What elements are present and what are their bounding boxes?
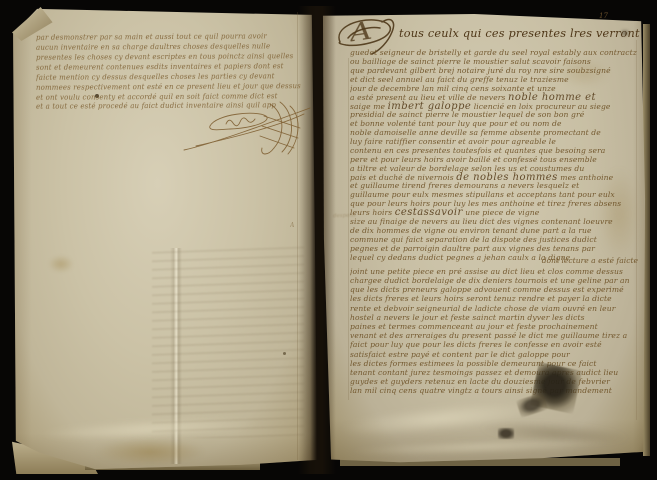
line-segment: une piece de vigne xyxy=(463,208,540,217)
line-segment: leurs hoirs xyxy=(350,208,395,217)
manuscript-line: faict pour luy que pour les dicts freres… xyxy=(350,340,638,350)
signature-paraph xyxy=(182,100,312,162)
manuscript-line: les dicts freres et leurs hoirs seront t… xyxy=(350,294,638,304)
manuscript-line: lan mil cinq cens quatre vingtz a tours … xyxy=(350,386,638,396)
decorated-initial: A xyxy=(348,17,374,48)
opening-line: tous ceulx qui ces presentes lres verron… xyxy=(399,26,640,40)
margin-mark: A xyxy=(290,222,294,229)
folio-number: 17 xyxy=(599,12,608,20)
manuscript-scan: par desmonstrer par sa main et aussi tou… xyxy=(0,0,657,480)
closing-fragment: dont lecture a esté faicte xyxy=(350,256,638,266)
